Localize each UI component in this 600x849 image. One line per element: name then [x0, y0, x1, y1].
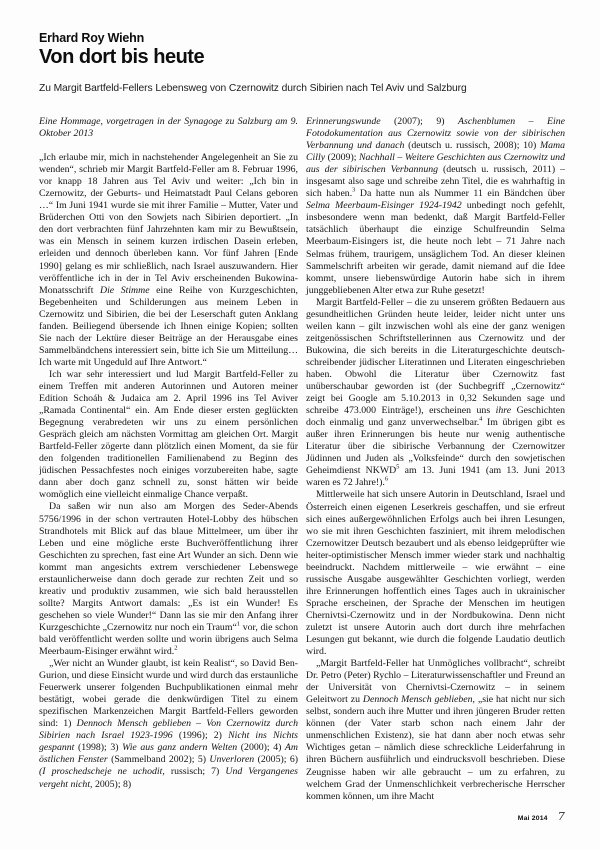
paragraph: Erinnerungswunde (2007); 9) Aschenblumen… [306, 116, 565, 297]
paragraph: „Margit Bartfeld-Feller hat Unmögliches … [306, 658, 565, 803]
text-column-right: Erinnerungswunde (2007); 9) Aschenblumen… [306, 116, 565, 804]
article-body: Eine Hommage, vorgetragen in der Synagog… [39, 116, 565, 804]
page-title: Von dort bis heute [39, 46, 565, 69]
paragraph: Da saßen wir nun also am Morgen des Sede… [39, 501, 298, 658]
article-header: Erhard Roy Wiehn Von dort bis heute Zu M… [39, 31, 565, 94]
paragraph: „Ich erlaube mir, mich in nachstehender … [39, 152, 298, 369]
page-footer: Mai 2014 7 [518, 809, 565, 823]
footer-date: Mai 2014 [518, 815, 548, 822]
paragraph: Ich war sehr interessiert und lud Margit… [39, 369, 298, 502]
paragraph: Mittlerweile hat sich unsere Autorin in … [306, 489, 565, 658]
article-author: Erhard Roy Wiehn [39, 31, 565, 45]
document-page: Erhard Roy Wiehn Von dort bis heute Zu M… [0, 0, 600, 849]
text-column-left: Eine Hommage, vorgetragen in der Synagog… [39, 116, 298, 804]
paragraph: Margit Bartfeld-Feller – die zu unserem … [306, 297, 565, 490]
paragraph: Eine Hommage, vorgetragen in der Synagog… [39, 116, 298, 140]
page-number: 7 [558, 809, 565, 823]
article-subtitle: Zu Margit Bartfeld-Fellers Lebensweg von… [39, 83, 565, 94]
paragraph: „Wer nicht an Wunder glaubt, ist kein Re… [39, 658, 298, 791]
